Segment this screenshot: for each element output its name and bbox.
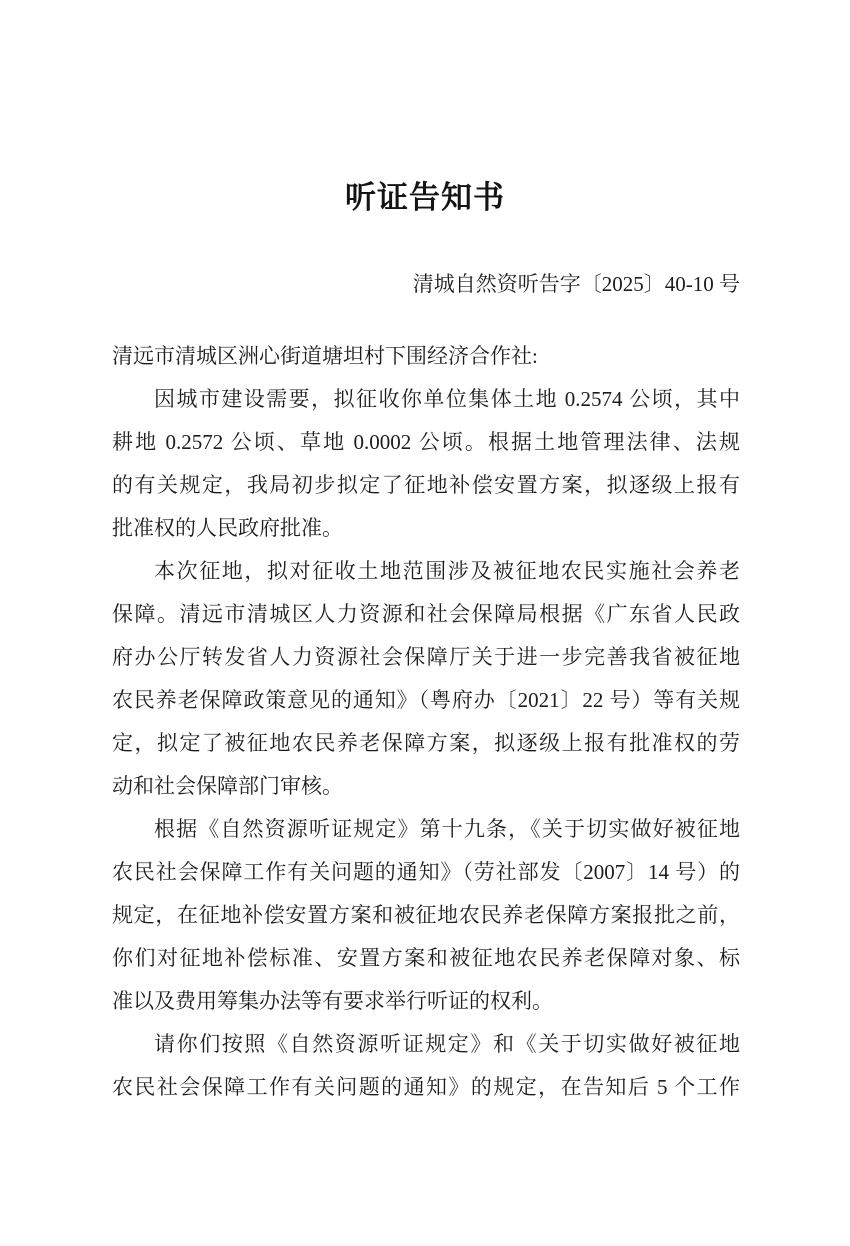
paragraph-line: 耕地 0.2572 公顷、草地 0.0002 公顷。根据土地管理法律、法规: [112, 421, 740, 464]
paragraph-line: 府办公厅转发省人力资源社会保障厅关于进一步完善我省被征地: [112, 636, 740, 679]
paragraph-line: 农民社会保障工作有关问题的通知》（劳社部发〔2007〕14 号）的: [112, 851, 740, 894]
paragraph-line: 你们对征地补偿标准、安置方案和被征地农民养老保障对象、标: [112, 937, 740, 980]
document-body: 清远市清城区洲心街道塘坦村下围经济合作社: 因城市建设需要，拟征收你单位集体土地…: [112, 335, 740, 1109]
paragraph-line: 规定，在征地补偿安置方案和被征地农民养老保障方案报批之前，: [112, 894, 740, 937]
paragraph-line: 本次征地，拟对征收土地范围涉及被征地农民实施社会养老: [112, 550, 740, 593]
paragraph-line: 农民社会保障工作有关问题的通知》的规定，在告知后 5 个工作: [112, 1066, 740, 1109]
paragraph-line: 因城市建设需要，拟征收你单位集体土地 0.2574 公顷，其中: [112, 378, 740, 421]
salutation-line: 清远市清城区洲心街道塘坦村下围经济合作社:: [112, 335, 740, 378]
document-title: 听证告知书: [0, 180, 850, 216]
paragraph: 因城市建设需要，拟征收你单位集体土地 0.2574 公顷，其中耕地 0.2572…: [112, 378, 740, 550]
paragraph-line: 请你们按照《自然资源听证规定》和《关于切实做好被征地: [112, 1023, 740, 1066]
document-paragraphs: 因城市建设需要，拟征收你单位集体土地 0.2574 公顷，其中耕地 0.2572…: [112, 378, 740, 1109]
paragraph: 根据《自然资源听证规定》第十九条，《关于切实做好被征地农民社会保障工作有关问题的…: [112, 808, 740, 1023]
paragraph: 请你们按照《自然资源听证规定》和《关于切实做好被征地农民社会保障工作有关问题的通…: [112, 1023, 740, 1109]
document-number: 清城自然资听告字〔2025〕40-10 号: [112, 270, 740, 298]
paragraph-line: 的有关规定，我局初步拟定了征地补偿安置方案，拟逐级上报有: [112, 464, 740, 507]
paragraph-line: 农民养老保障政策意见的通知》（粤府办〔2021〕22 号）等有关规: [112, 679, 740, 722]
paragraph-line: 批准权的人民政府批准。: [112, 507, 740, 550]
paragraph-line: 根据《自然资源听证规定》第十九条，《关于切实做好被征地: [112, 808, 740, 851]
paragraph-line: 动和社会保障部门审核。: [112, 765, 740, 808]
paragraph-line: 保障。清远市清城区人力资源和社会保障局根据《广东省人民政: [112, 593, 740, 636]
paragraph: 本次征地，拟对征收土地范围涉及被征地农民实施社会养老保障。清远市清城区人力资源和…: [112, 550, 740, 808]
document-page: 听证告知书 清城自然资听告字〔2025〕40-10 号 清远市清城区洲心街道塘坦…: [0, 0, 850, 1246]
paragraph-line: 定，拟定了被征地农民养老保障方案，拟逐级上报有批准权的劳: [112, 722, 740, 765]
paragraph-line: 准以及费用筹集办法等有要求举行听证的权利。: [112, 980, 740, 1023]
